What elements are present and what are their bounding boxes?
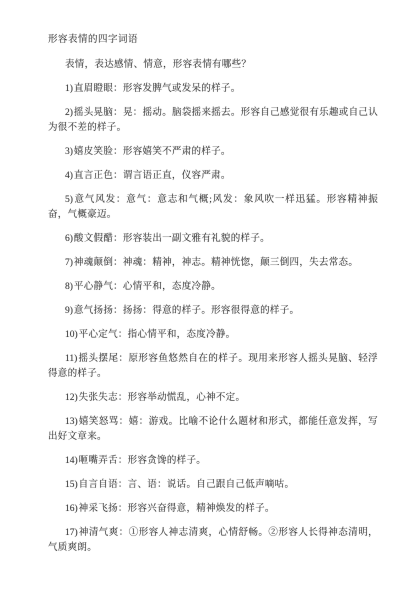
entry-text: 平心静气：心情平和，态度冷静。 — [74, 282, 221, 292]
entry-number: 12) — [65, 393, 79, 403]
entry-number: 17) — [65, 528, 79, 538]
entry-text: 自言自语：言、语：说话。自己跟自己低声嘀咕。 — [79, 480, 295, 490]
entry-number: 14) — [65, 456, 79, 466]
idiom-entry: 8)平心静气：心情平和，态度冷静。 — [48, 280, 378, 295]
entry-text: 咂嘴弄舌：形容贪馋的样子。 — [79, 456, 206, 466]
entry-number: 2) — [65, 108, 74, 118]
entry-text: 嬉皮笑脸：形容嬉笑不严肃的样子。 — [74, 147, 231, 157]
idiom-entry: 13)嬉笑怒骂：嬉：游戏。比喻不论什么题材和形式，都能任意发挥，写 出好文章来。 — [48, 415, 378, 445]
idiom-entry: 6)酸文假醋：形容装出一副文雅有礼貌的样子。 — [48, 232, 378, 247]
idiom-entry: 16)神采飞扬：形容兴奋得意，精神焕发的样子。 — [48, 502, 378, 517]
entry-number: 6) — [65, 234, 74, 244]
idiom-entry: 4)直言正色：谓言语正直，仪容严肃。 — [48, 169, 378, 184]
entry-text: 平心定气：指心情平和，态度冷静。 — [79, 330, 236, 340]
idiom-entry: 5)意气风发：意气：意志和气概;风发：象风吹一样迅猛。形容精神振 奋，气概豪迈。 — [48, 193, 378, 223]
entry-number: 1) — [65, 84, 74, 94]
entry-text: 意气扬扬：扬扬：得意的样子。形容很得意的样子。 — [74, 306, 299, 316]
idiom-entry: 7)神魂颠倒：神魂：精神，神志。精神恍惚，颠三倒四，失去常态。 — [48, 256, 378, 271]
entry-number: 16) — [65, 504, 79, 514]
entry-text: 直眉瞪眼：形容发脾气或发呆的样子。 — [74, 84, 241, 94]
entry-number: 13) — [65, 417, 79, 427]
entry-text: 神采飞扬：形容兴奋得意，精神焕发的样子。 — [79, 504, 275, 514]
entry-text: 神魂颠倒：神魂：精神，神志。精神恍惚，颠三倒四，失去常态。 — [74, 258, 358, 268]
idiom-entry: 10)平心定气：指心情平和，态度冷静。 — [48, 328, 378, 343]
document-page: 形容表情的四字词语 表情，表达感情、情意，形容表情有哪些？ 1)直眉瞪眼：形容发… — [0, 0, 420, 600]
entry-number: 9) — [65, 306, 74, 316]
entry-number: 7) — [65, 258, 74, 268]
entry-number: 10) — [65, 330, 79, 340]
entry-number: 8) — [65, 282, 74, 292]
entry-text: 摇头摆尾：原形容鱼悠然自在的样子。现用来形容人摇头晃脑、轻浮 得意的样子。 — [48, 354, 378, 379]
entry-number: 15) — [65, 480, 79, 490]
intro-paragraph: 表情，表达感情、情意，形容表情有哪些？ — [48, 58, 378, 73]
entry-text: 酸文假醋：形容装出一副文雅有礼貌的样子。 — [74, 234, 270, 244]
idiom-entry: 3)嬉皮笑脸：形容嬉笑不严肃的样子。 — [48, 145, 378, 160]
entry-number: 11) — [65, 354, 78, 364]
entry-number: 5) — [65, 195, 74, 205]
idiom-entry: 2)摇头晃脑：晃：摇动。脑袋摇来摇去。形容自己感觉很有乐趣或自己认 为很不差的样… — [48, 106, 378, 136]
entry-text: 直言正色：谓言语正直，仪容严肃。 — [74, 171, 231, 181]
entry-text: 嬉笑怒骂：嬉：游戏。比喻不论什么题材和形式，都能任意发挥，写 出好文章来。 — [48, 417, 378, 442]
idiom-entry: 14)咂嘴弄舌：形容贪馋的样子。 — [48, 454, 378, 469]
entry-number: 3) — [65, 147, 74, 157]
idiom-entry: 15)自言自语：言、语：说话。自己跟自己低声嘀咕。 — [48, 478, 378, 493]
entry-number: 4) — [65, 171, 74, 181]
page-title: 形容表情的四字词语 — [48, 33, 378, 48]
idiom-entry: 11)摇头摆尾：原形容鱼悠然自在的样子。现用来形容人摇头晃脑、轻浮 得意的样子。 — [48, 352, 378, 382]
entry-text: 神清气爽：①形容人神志清爽，心情舒畅。②形容人长得神态清明， 气质爽朗。 — [48, 528, 378, 553]
idiom-entry: 9)意气扬扬：扬扬：得意的样子。形容很得意的样子。 — [48, 304, 378, 319]
entry-text: 失张失志：形容举动慌乱，心神不定。 — [79, 393, 246, 403]
entry-text: 摇头晃脑：晃：摇动。脑袋摇来摇去。形容自己感觉很有乐趣或自己认 为很不差的样子。 — [48, 108, 378, 133]
idiom-entry: 17)神清气爽：①形容人神志清爽，心情舒畅。②形容人长得神态清明， 气质爽朗。 — [48, 526, 378, 556]
idiom-entry: 1)直眉瞪眼：形容发脾气或发呆的样子。 — [48, 82, 378, 97]
entry-text: 意气风发：意气：意志和气概;风发：象风吹一样迅猛。形容精神振 奋，气概豪迈。 — [48, 195, 378, 220]
idiom-entry: 12)失张失志：形容举动慌乱，心神不定。 — [48, 391, 378, 406]
